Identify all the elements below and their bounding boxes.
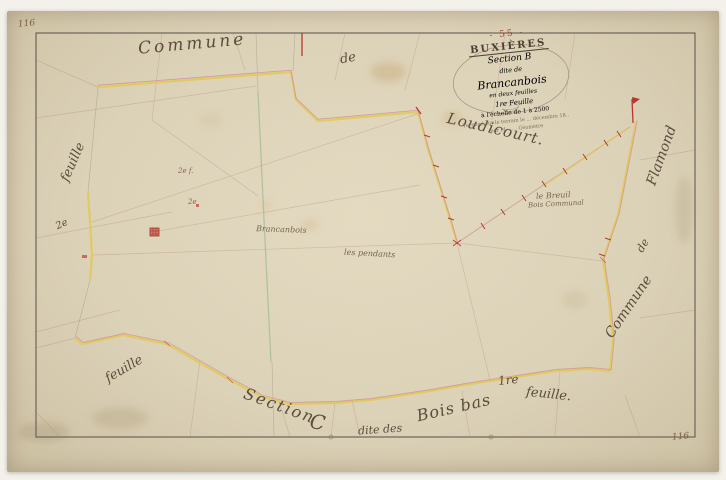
neatline-border [36, 33, 695, 437]
bottom-1re: 1re [497, 373, 519, 387]
lieu-dit-brancanbois: Brancanbois [256, 225, 307, 235]
map-linework [0, 0, 726, 480]
survey-lines [36, 33, 695, 437]
scanned-map-sheet: 116 116 Commune de Loudicourt. Flamond d… [0, 0, 726, 480]
folio-number-bottom-right: 116 [672, 432, 690, 442]
note-2e-feuille-b: 2e [188, 199, 197, 206]
bottom-dite-des: dite des [358, 422, 403, 436]
building-symbol [82, 204, 199, 258]
margin-de-top: de [339, 51, 357, 67]
note-2e-feuille-a: 2e f. [178, 168, 193, 175]
title-cartouche: - 55 - BUXIÈRES Section B dite de Branca… [446, 24, 578, 141]
folio-number-top-left: 116 [18, 19, 36, 29]
